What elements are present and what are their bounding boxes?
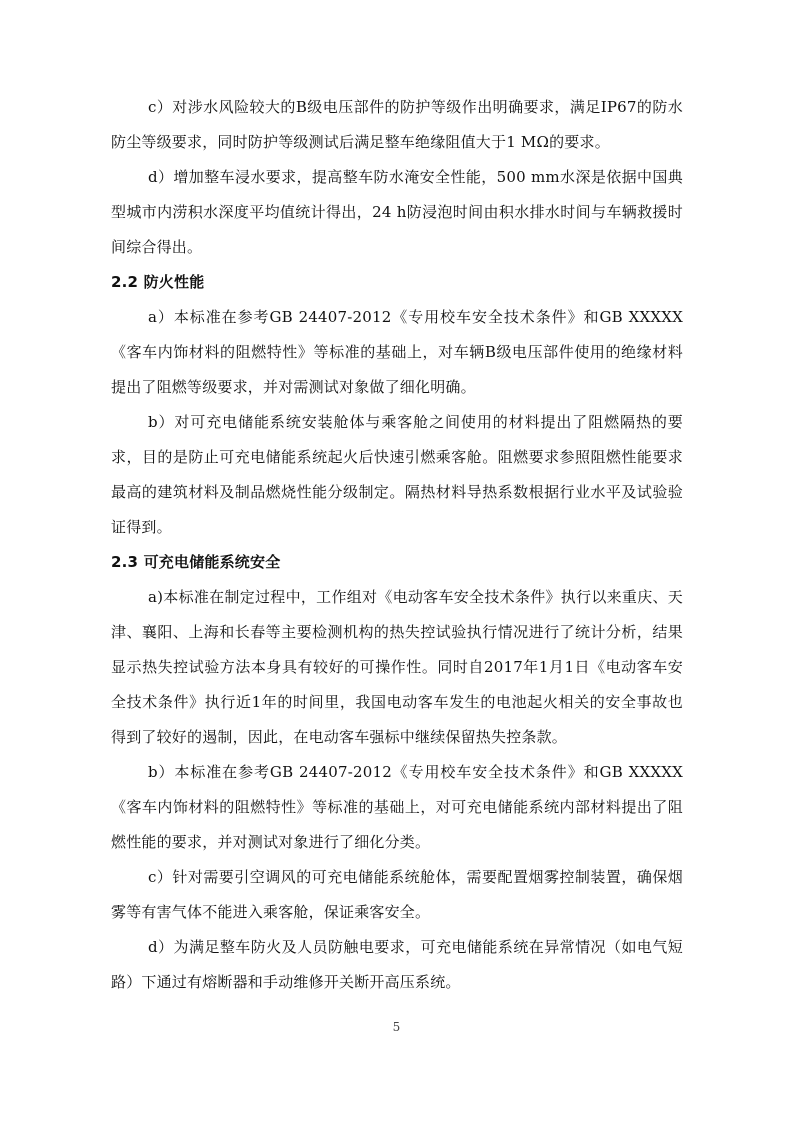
paragraph-ress-d: d）为满足整车防火及人员防触电要求，可充电储能系统在异常情况（如电气短路）下通过… — [111, 930, 683, 1000]
document-page: c）对涉水风险较大的B级电压部件的防护等级作出明确要求，满足IP67的防水防尘等… — [111, 90, 683, 1000]
paragraph-water-d: d）增加整车浸水要求，提高整车防水淹安全性能，500 mm水深是依据中国典型城市… — [111, 160, 683, 265]
paragraph-ress-b: b）本标准在参考GB 24407-2012《专用校车安全技术条件》和GB XXX… — [111, 755, 683, 860]
section-heading-ress-safety: 2.3 可充电储能系统安全 — [111, 545, 683, 580]
paragraph-fire-b: b）对可充电储能系统安装舱体与乘客舱之间使用的材料提出了阻燃隔热的要求，目的是防… — [111, 405, 683, 545]
paragraph-ress-a: a)本标准在制定过程中，工作组对《电动客车安全技术条件》执行以来重庆、天津、襄阳… — [111, 580, 683, 755]
paragraph-fire-a: a）本标准在参考GB 24407-2012《专用校车安全技术条件》和GB XXX… — [111, 300, 683, 405]
page-number: 5 — [0, 1020, 793, 1034]
paragraph-water-c: c）对涉水风险较大的B级电压部件的防护等级作出明确要求，满足IP67的防水防尘等… — [111, 90, 683, 160]
section-heading-fire-performance: 2.2 防火性能 — [111, 265, 683, 300]
paragraph-ress-c: c）针对需要引空调风的可充电储能系统舱体，需要配置烟雾控制装置，确保烟雾等有害气… — [111, 860, 683, 930]
